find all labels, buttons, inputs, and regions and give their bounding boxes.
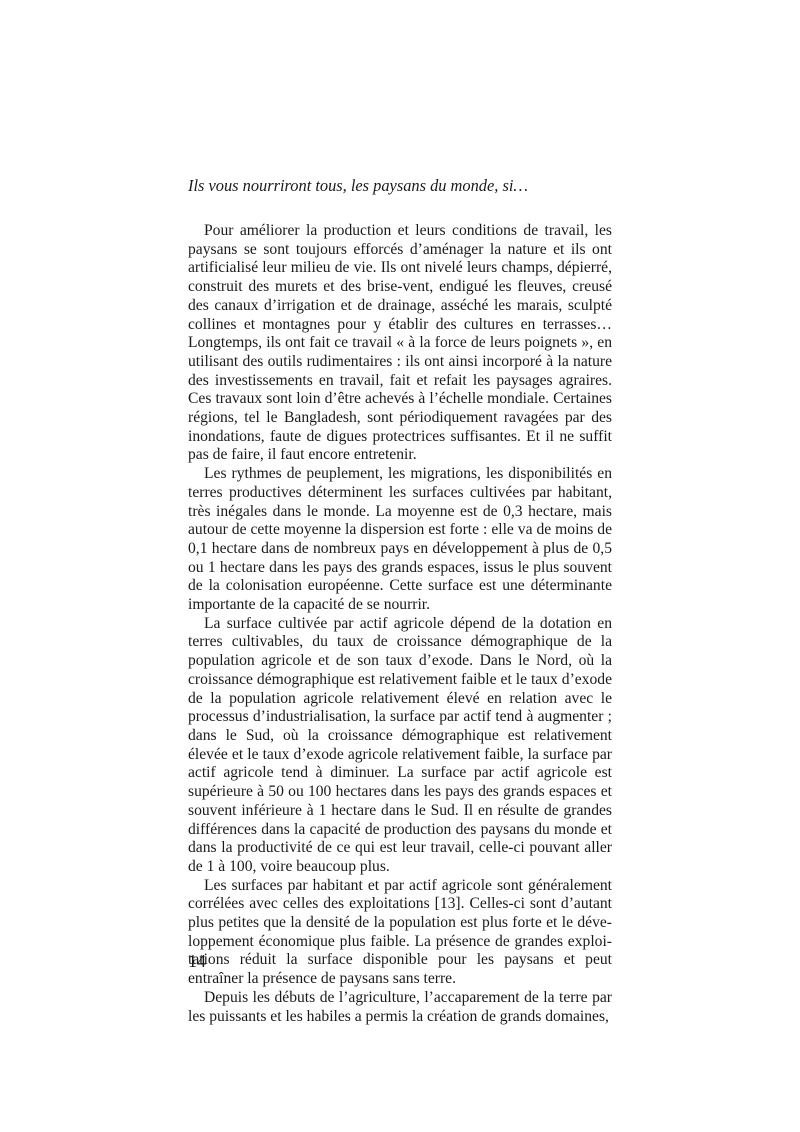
page-number: 14 — [188, 950, 206, 972]
body-text: Pour améliorer la production et leurs co… — [188, 222, 612, 1026]
paragraph: Pour améliorer la production et leurs co… — [188, 222, 612, 465]
paragraph: Depuis les débuts de l’agriculture, l’ac… — [188, 989, 612, 1026]
paragraph: La surface cultivée par actif agricole d… — [188, 615, 612, 877]
paragraph: Les rythmes de peuplement, les migration… — [188, 465, 612, 615]
running-head: Ils vous nourriront tous, les paysans du… — [188, 176, 612, 196]
paragraph: Les surfaces par habitant et par actif a… — [188, 877, 612, 989]
